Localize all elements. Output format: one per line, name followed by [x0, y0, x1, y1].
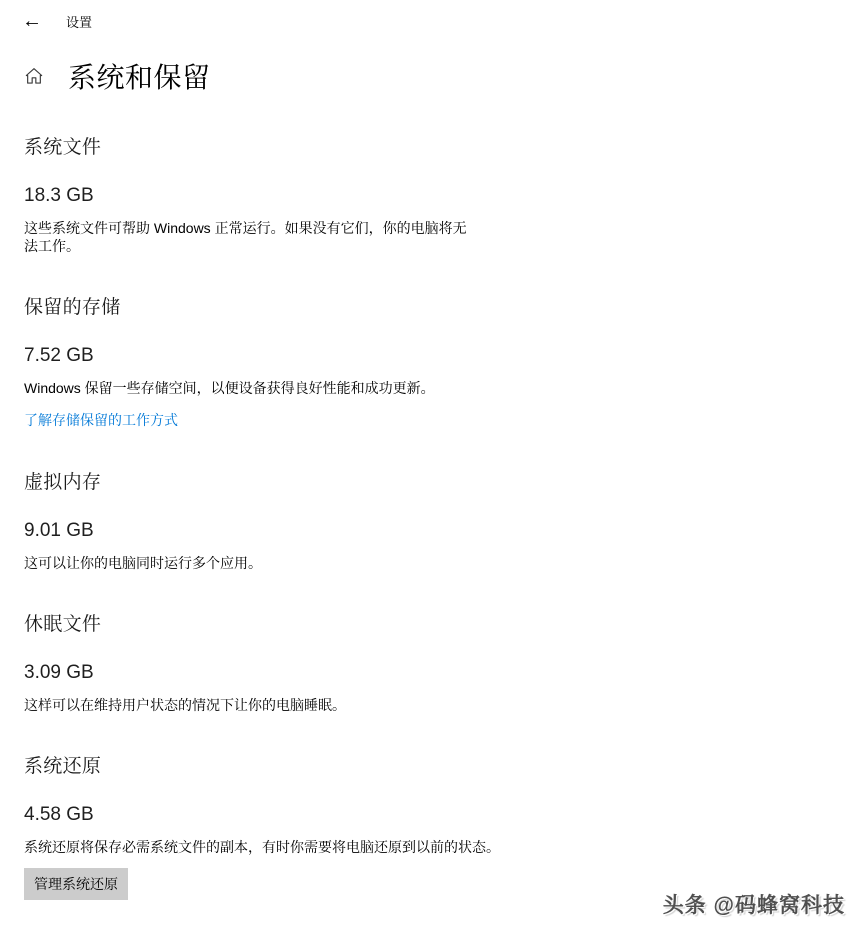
- section-description: 这可以让你的电脑同时运行多个应用。: [24, 554, 835, 572]
- manage-system-restore-button[interactable]: 管理系统还原: [24, 868, 128, 900]
- page-header: 系统和保留: [0, 56, 859, 96]
- section-size-value: 4.58 GB: [24, 804, 835, 826]
- section-hibernation-file: 休眠文件 3.09 GB 这样可以在维持用户状态的情况下让你的电脑睡眠。: [24, 609, 835, 714]
- section-description: 系统还原将保存必需系统文件的副本，有时你需要将电脑还原到以前的状态。: [24, 838, 835, 856]
- section-description: Windows 保留一些存储空间，以便设备获得良好性能和成功更新。: [24, 379, 835, 397]
- section-reserved-storage: 保留的存储 7.52 GB Windows 保留一些存储空间，以便设备获得良好性…: [24, 292, 835, 430]
- watermark-text: 头条 @码蜂窝科技: [663, 889, 845, 919]
- page-title: 系统和保留: [68, 56, 211, 96]
- section-heading: 系统还原: [24, 751, 835, 778]
- home-icon: [24, 65, 44, 87]
- section-size-value: 3.09 GB: [24, 662, 835, 684]
- section-virtual-memory: 虚拟内存 9.01 GB 这可以让你的电脑同时运行多个应用。: [24, 467, 835, 572]
- learn-more-link[interactable]: 了解存储保留的工作方式: [24, 410, 178, 430]
- back-arrow-icon[interactable]: ←: [22, 11, 46, 31]
- section-size-value: 18.3 GB: [24, 185, 835, 207]
- content-area: 系统文件 18.3 GB 这些系统文件可帮助 Windows 正常运行。如果没有…: [0, 132, 859, 900]
- section-heading: 虚拟内存: [24, 467, 835, 494]
- title-bar: ← 设置: [0, 0, 859, 34]
- section-description: 这样可以在维持用户状态的情况下让你的电脑睡眠。: [24, 696, 835, 714]
- section-description: 这些系统文件可帮助 Windows 正常运行。如果没有它们，你的电脑将无法工作。: [24, 219, 474, 255]
- section-size-value: 7.52 GB: [24, 345, 835, 367]
- section-heading: 系统文件: [24, 132, 835, 159]
- section-system-files: 系统文件 18.3 GB 这些系统文件可帮助 Windows 正常运行。如果没有…: [24, 132, 835, 255]
- settings-page: ← 设置 系统和保留 系统文件 18.3 GB 这些系统文件可帮助 Window…: [0, 0, 859, 932]
- app-title: 设置: [66, 12, 92, 31]
- section-heading: 保留的存储: [24, 292, 835, 319]
- section-system-restore: 系统还原 4.58 GB 系统还原将保存必需系统文件的副本，有时你需要将电脑还原…: [24, 751, 835, 900]
- section-size-value: 9.01 GB: [24, 520, 835, 542]
- section-heading: 休眠文件: [24, 609, 835, 636]
